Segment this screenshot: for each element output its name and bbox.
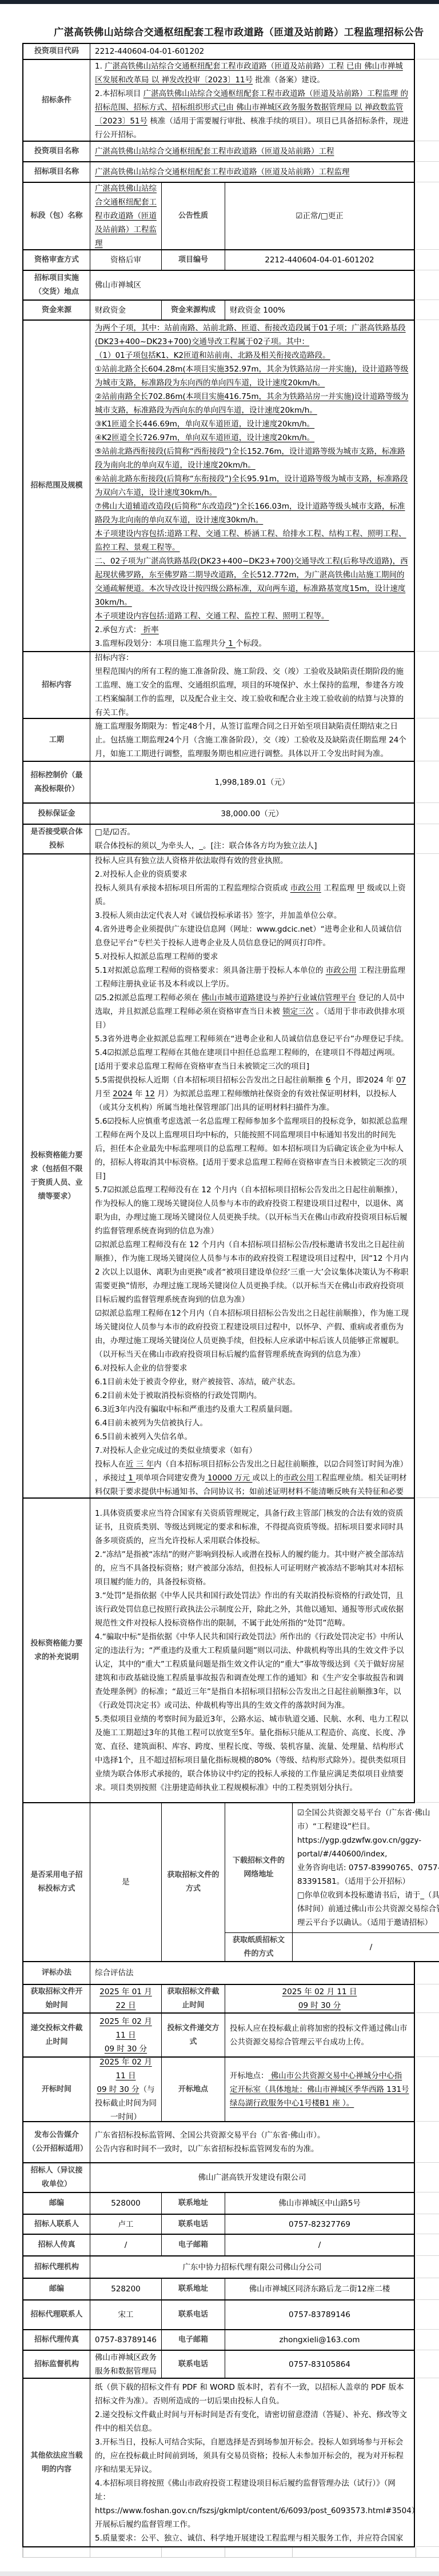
row-label: 是否接受联合体投标 (23, 825, 90, 853)
faint-grid-line (416, 1497, 439, 1498)
row-label: 招标人联系人 (23, 2215, 90, 2234)
row-value: 投标人应在投标截止前将加密的投标文件通过佛山市公共资源交易综合管理云平台成功上传… (225, 2014, 414, 2056)
faint-grid-line (416, 319, 439, 320)
row-value: 2212-440604-04-01-601202 (225, 250, 414, 270)
row-label: 标段（包）名称 (23, 183, 90, 249)
row-label: 开标地点 (162, 2058, 225, 2121)
faint-grid-line (416, 2350, 439, 2350)
row-label: 获取招标文件开始时间 (23, 1985, 90, 2012)
row-label: 招标条件 (23, 60, 90, 141)
row-value: 1. 广湛高铁佛山站综合交通枢纽配套工程市政道路（匝道及站前路）工程 已由 佛山… (90, 60, 414, 141)
row-value: / (293, 1933, 439, 1961)
table-row: 工期施工监理服务期限为：暂定48个月，从签订监理合同之日开始至项目缺陷责任期结束… (23, 719, 415, 762)
table-row: 递交投标文件截止时间2025 年 02 月 11 日09 时 30 分投标文件递… (23, 2014, 415, 2058)
row-value: 528000 (90, 2193, 162, 2214)
table-row: 招标人联系人卢工联系电话0757-82327769 (23, 2215, 415, 2235)
row-label: 招标范围及规模 (23, 321, 90, 651)
table-subrow: 下载招标文件的网络地址☑全国公共资源交易平台（广东省·佛山市）“工程建设”栏目。… (225, 1803, 439, 1933)
row-label: 其他依法应当载明的内容 (23, 2379, 90, 2546)
row-value: 佛山市禅城区中山路5号 (225, 2193, 414, 2214)
faint-grid-line (416, 761, 439, 761)
browser-top-bar (0, 0, 439, 4)
faint-grid-line (416, 1802, 439, 1803)
row-label: 评标办法 (23, 1962, 90, 1984)
table-row: 是否采用电子招标投标方式是获取招标文件的方式下载招标文件的网络地址☑全国公共资源… (23, 1803, 439, 1962)
nested-rows: 下载招标文件的网络地址☑全国公共资源交易平台（广东省·佛山市）“工程建设”栏目。… (225, 1803, 439, 1961)
table-row: 资金来源财政资金资金来源构成财政资金 100% (23, 301, 415, 321)
faint-grid-line (416, 853, 439, 854)
faint-grid-line (416, 270, 439, 270)
table-row: 开标时间2025 年 02 月 11 日09 时 30 分（与投标截止时间为同一… (23, 2058, 415, 2122)
table-row: 资格审查方式资格后审项目编号2212-440604-04-01-601202 (23, 250, 415, 271)
row-value: 0757-83789146 (225, 2301, 414, 2329)
row-label: 获取纸质招标文件的方式 (225, 1933, 293, 1961)
faint-grid-line (416, 2546, 439, 2547)
row-value: 1,998,189.01（元） (90, 762, 414, 802)
page-title: 广湛高铁佛山站综合交通枢纽配套工程市政道路（匝道及站前路）工程监理招标公告 (0, 24, 439, 40)
table-row: 招标项目实施（交货）地点佛山市禅城区 (23, 271, 415, 301)
row-value: 卢工 (90, 2215, 162, 2234)
notice-table: 投资项目代码2212-440604-04-01-601202招标条件1. 广湛高… (22, 43, 415, 2547)
row-label: 公告性质 (162, 183, 225, 249)
faint-grid-line (416, 2255, 439, 2256)
row-label: 投标文件递交方式 (162, 2014, 225, 2056)
faint-grid-line (416, 2192, 439, 2192)
row-label: 邮编 (23, 2279, 90, 2299)
table-row: 投资项目名称广湛高铁佛山站综合交通枢纽配套工程市政道路（匝道及站前路）工程 (23, 142, 415, 162)
faint-grid-line (416, 718, 439, 718)
row-label: 招标项目名称 (23, 162, 90, 182)
faint-grid-line (225, 2547, 225, 2557)
row-label: 投资项目名称 (23, 142, 90, 161)
row-value: zhongxieli@163.com (225, 2330, 414, 2350)
row-label: 招标监督机构 (23, 2351, 90, 2378)
row-value: □是/☑否。联合体投标的须以_为牵头人，_。[注：联合体各方均为独立法人] (90, 825, 414, 853)
table-row: 招标监督机构佛山市禅城区政务服务和数据管理局联系电话0757-83105864 (23, 2351, 415, 2379)
row-value: 1.法人资格投标人应具有独立法人资格并依法取得有效的营业执照。2.对投标人企业的… (90, 854, 414, 1497)
row-label: 获取招标文件截止时间 (162, 1985, 225, 2012)
row-label: 项目编号 (162, 250, 225, 270)
faint-grid-line (416, 182, 439, 182)
row-label: 下载招标文件的网络地址 (225, 1803, 293, 1932)
table-row: 评标办法综合评估法 (23, 1962, 415, 1985)
empty-grid-row (22, 2547, 439, 2558)
table-row: 招标项目名称广湛高铁佛山站综合交通枢纽配套工程市政道路（匝道及站前路）工程监理 (23, 162, 415, 183)
row-value: 佛山市禅城区政务服务和数据管理局 (90, 2351, 162, 2378)
table-row: 招标条件1. 广湛高铁佛山站综合交通枢纽配套工程市政道路（匝道及站前路）工程 已… (23, 60, 415, 142)
faint-grid-line (416, 2329, 439, 2330)
row-value: 广东中协力招标代理有限公司佛山分公司 (90, 2257, 414, 2278)
faint-grid-line (416, 161, 439, 162)
faint-grid-line (416, 59, 439, 59)
table-row: 招标人传真/电子邮箱/ (23, 2235, 415, 2257)
row-label: 投标资格能力要求的补充说明 (23, 1499, 90, 1802)
row-value: 财政资金 100% (225, 301, 414, 319)
table-row: 招标人（异议接收单位）佛山广湛高铁开发建设有限公司 (23, 2163, 415, 2193)
row-value: 2025 年 01 月 22 日 (90, 1985, 162, 2012)
faint-grid-line (416, 249, 439, 250)
row-value: 是 (90, 1803, 162, 1961)
faint-grid-line (416, 2012, 439, 2013)
table-row: 邮编528000联系地址佛山市禅城区中山路5号 (23, 2193, 415, 2215)
row-label: 投资项目代码 (23, 44, 90, 59)
faint-grid-line (416, 2214, 439, 2214)
faint-grid-line (416, 2162, 439, 2163)
footer-strip (0, 2571, 439, 2576)
faint-grid-line (416, 2234, 439, 2234)
table-row: 投标资格能力要求（包括但不限于资质人员、业绩等要求）1.法人资格投标人应具有独立… (23, 854, 415, 1499)
row-value: ☑正常/□更正 (225, 183, 414, 249)
row-value: 2025 年 02 月 11 日09 时 30 分 (90, 2014, 162, 2056)
table-row: 招标代理联系人宋工联系电话0757-83789146 (23, 2301, 415, 2330)
row-value: 综合评估法 (90, 1962, 414, 1984)
row-label: 招标代理机构 (23, 2257, 90, 2278)
table-row: 招标控制价（最高投标限价）1,998,189.01（元） (23, 762, 415, 804)
table-row: 是否接受联合体投标□是/☑否。联合体投标的须以_为牵头人，_。[注：联合体各方均… (23, 825, 415, 854)
row-value: / (90, 2235, 162, 2255)
row-value: 宋工 (90, 2301, 162, 2329)
row-label: 资金来源 (23, 301, 90, 319)
row-label: 招标内容 (23, 652, 90, 718)
row-value: 佛山市禅城区同济东路后龙二街12座二楼 (225, 2279, 414, 2299)
row-value: 财政资金 (90, 301, 162, 319)
row-value: 0757-82327769 (225, 2215, 414, 2234)
row-label: 联系地址 (162, 2279, 225, 2299)
row-value: 广湛高铁佛山站综合交通枢纽配套工程市政道路（匝道及站前路）工程监理 (90, 183, 162, 249)
row-label: 招标项目实施（交货）地点 (23, 271, 90, 299)
faint-grid-line (416, 2056, 439, 2057)
row-label: 获取招标文件的方式 (162, 1803, 225, 1961)
row-value: 0757-83105864 (225, 2351, 414, 2378)
row-value: 招标内容：里程范围内的所有工程的施工准备阶段、施工阶段、交（竣）工验收及缺陷责任… (90, 652, 414, 718)
row-value: 38,000.00（元） (90, 804, 414, 824)
row-label: 开标时间 (23, 2058, 90, 2121)
row-label: 联系电话 (162, 2301, 225, 2329)
row-label: 是否采用电子招标投标方式 (23, 1803, 90, 1961)
faint-grid-line (416, 2547, 416, 2557)
table-row: 招标代理传真0757-83789146电子邮箱zhongxieli@163.co… (23, 2330, 415, 2351)
row-value: 1.项目建设规模：广湛高铁佛山站综合交通枢纽配套工程市政道路(匝道及站前路)工程… (90, 321, 414, 651)
row-value: 广湛高铁佛山站综合交通枢纽配套工程市政道路（匝道及站前路）工程 (90, 142, 414, 161)
faint-grid-line (23, 2547, 23, 2557)
table-subrow: 获取纸质招标文件的方式/ (225, 1933, 439, 1961)
row-value: 资格后审 (90, 250, 162, 270)
row-value: 2025 年 02 月 11 日09 时 30 分 (225, 1985, 414, 2012)
faint-grid-line (292, 2547, 293, 2557)
faint-grid-line (416, 802, 439, 803)
table-row: 发布公告媒介（公开招标适用）广东省招标投标监管网、全国公共资源交易平台（广东省·… (23, 2122, 415, 2163)
row-value: 施工监理服务期限为：暂定48个月，从签订监理合同之日开始至项目缺陷责任期结束之日… (90, 719, 414, 761)
row-label: 招标代理联系人 (23, 2301, 90, 2329)
table-row: 邮编528200联系地址佛山市禅城区同济东路后龙二街12座二楼 (23, 2279, 415, 2301)
row-value: 广湛高铁佛山站综合交通枢纽配套工程市政道路（匝道及站前路）工程监理 (90, 162, 414, 182)
table-row: 标段（包）名称广湛高铁佛山站综合交通枢纽配套工程市政道路（匝道及站前路）工程监理… (23, 183, 415, 250)
row-label: 电子邮箱 (162, 2330, 225, 2350)
table-row: 招标代理机构广东中协力招标代理有限公司佛山分公司 (23, 2257, 415, 2279)
row-value: 0757-83789146 (90, 2330, 162, 2350)
faint-grid-line (416, 299, 439, 300)
row-value: 广东省招标投标监管网、全国公共资源交易平台（广东省·佛山市）。公告内容和时间不一… (90, 2122, 414, 2162)
row-label: 资金来源构成 (162, 301, 225, 319)
faint-grid-line (416, 2299, 439, 2300)
row-value: 佛山市禅城区 (90, 271, 414, 299)
table-row: 招标范围及规模1.项目建设规模：广湛高铁佛山站综合交通枢纽配套工程市政道路(匝道… (23, 321, 415, 652)
faint-grid-line (416, 651, 439, 652)
row-label: 联系电话 (162, 2351, 225, 2378)
table-row: 其他依法应当载明的内容1.招标文件一经发布，视作已发放给所有投标人，各投标人应及… (23, 2379, 415, 2547)
faint-grid-line (416, 2278, 439, 2278)
row-value: 2025 年 02 月 11 日09 时 30 分（与投标截止时间为同一时间） (90, 2058, 162, 2121)
faint-grid-line (416, 141, 439, 141)
row-value: 528200 (90, 2279, 162, 2299)
faint-grid-line (90, 2547, 90, 2557)
faint-grid-line (161, 2547, 162, 2557)
row-value: 开标地点： 佛山市公共资源交易中心禅城分中心指定开标室（具体地址：佛山市禅城区季… (225, 2058, 414, 2121)
row-label: 联系电话 (162, 2215, 225, 2234)
row-label: 发布公告媒介（公开招标适用） (23, 2122, 90, 2162)
row-value: 1.招标文件一经发布，视作已发放给所有投标人，各投标人应及时下载电子版招标文件及… (90, 2379, 414, 2546)
row-value: 佛山广湛高铁开发建设有限公司 (90, 2163, 414, 2192)
faint-grid-line (416, 1984, 439, 1984)
row-label: 电子邮箱 (162, 2235, 225, 2255)
row-label: 联系地址 (162, 2193, 225, 2214)
table-row: 获取招标文件开始时间2025 年 01 月 22 日获取招标文件截止时间2025… (23, 1985, 415, 2014)
row-value: 2212-440604-04-01-601202 (90, 44, 414, 59)
row-value: / (225, 2235, 414, 2255)
row-label: 投标资格能力要求（包括但不限于资质人员、业绩等要求） (23, 854, 90, 1497)
row-label: 邮编 (23, 2193, 90, 2214)
row-label: 工期 (23, 719, 90, 761)
row-label: 招标人传真 (23, 2235, 90, 2255)
row-label: 招标代理传真 (23, 2330, 90, 2350)
row-value: ☑全国公共资源交易平台（广东省·佛山市）“工程建设”栏目。https://ygp… (293, 1803, 439, 1932)
faint-grid-line (416, 824, 439, 824)
row-label: 投标保证金 (23, 804, 90, 824)
table-row: 投标资格能力要求的补充说明1.具体资质要求应当符合国家有关资质管理规定，具备行政… (23, 1499, 415, 1803)
row-label: 招标人（异议接收单位） (23, 2163, 90, 2192)
table-row: 投资项目代码2212-440604-04-01-601202 (23, 44, 415, 60)
table-row: 投标保证金38,000.00（元） (23, 804, 415, 825)
row-value: 1.具体资质要求应当符合国家有关资质管理规定，具备行政主管部门核发的合法有效的资… (90, 1499, 414, 1802)
row-label: 招标控制价（最高投标限价） (23, 762, 90, 802)
faint-grid-line (416, 2378, 439, 2378)
faint-grid-line (416, 2121, 439, 2122)
row-label: 资格审查方式 (23, 250, 90, 270)
row-label: 递交投标文件截止时间 (23, 2014, 90, 2056)
table-row: 招标内容招标内容：里程范围内的所有工程的施工准备阶段、施工阶段、交（竣）工验收及… (23, 652, 415, 719)
